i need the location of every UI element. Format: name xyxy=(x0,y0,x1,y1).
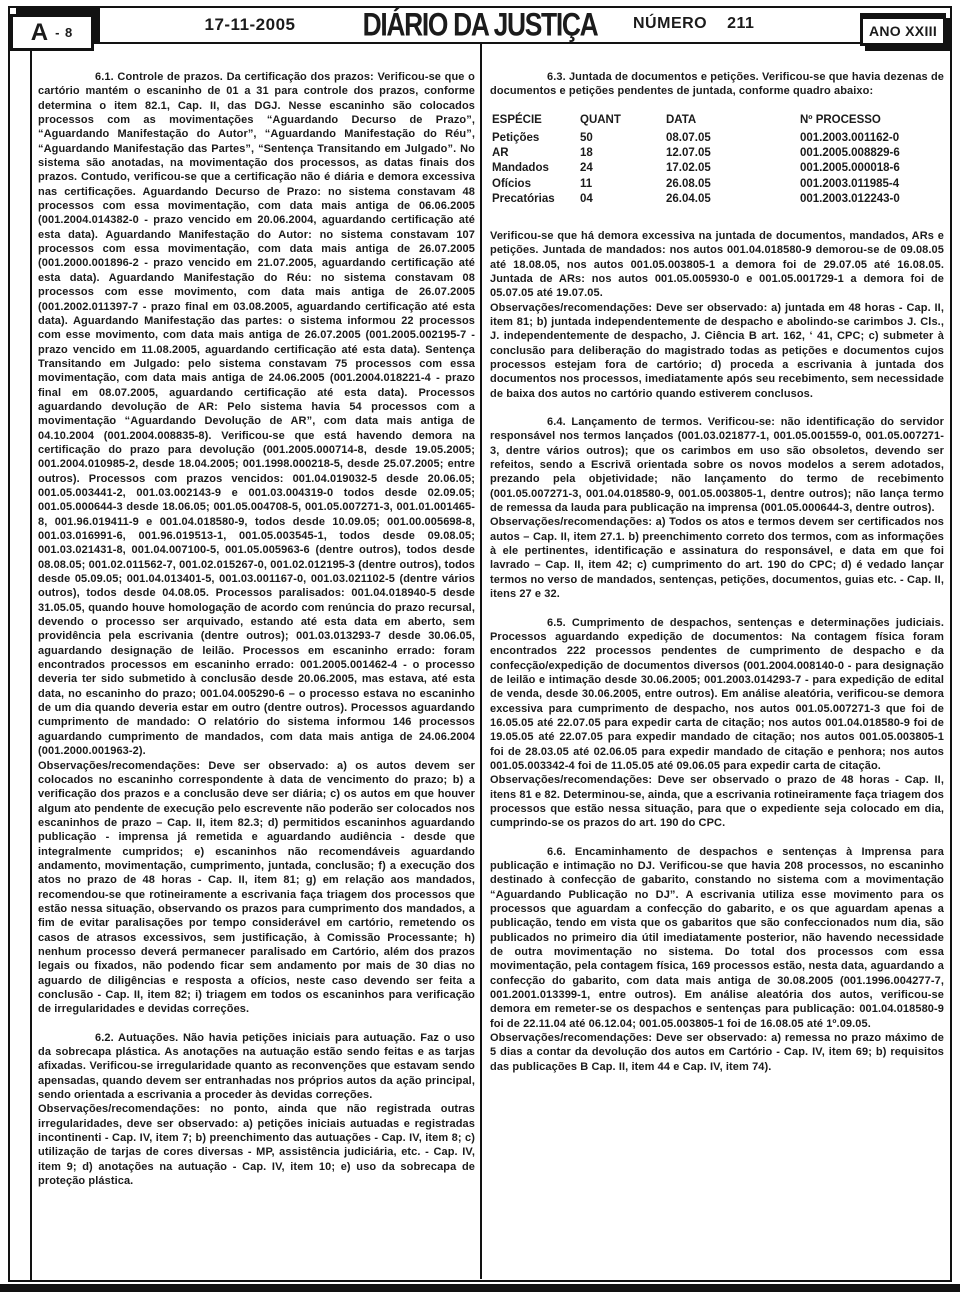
section-6-5-observations: Observações/recomendações: Deve ser obse… xyxy=(490,773,944,830)
table-cell: 08.07.05 xyxy=(666,131,800,146)
issue-number: NÚMERO211 xyxy=(633,15,754,33)
table-cell: 26.04.05 xyxy=(666,192,800,207)
page-code-number: - 8 xyxy=(55,26,73,39)
table-cell: 11 xyxy=(580,177,666,192)
table-cell: 001.2005.000018-6 xyxy=(800,161,944,176)
page-bottom-bar xyxy=(0,1284,960,1292)
section-6-1-observations: Observações/recomendações: Deve ser obse… xyxy=(38,759,475,1017)
table-cell: 001.2003.011985-4 xyxy=(800,177,944,192)
right-column: 6.3. Juntada de documentos e petições. V… xyxy=(482,44,950,1279)
table-cell: 24 xyxy=(580,161,666,176)
table-cell: 18 xyxy=(580,146,666,161)
table-cell: 17.02.05 xyxy=(666,161,800,176)
year-box: ANO XXIII xyxy=(860,13,946,46)
issue-number-label: NÚMERO xyxy=(633,15,707,32)
pending-documents-table: ESPÉCIE QUANT DATA Nº PROCESSO Petições … xyxy=(492,113,944,207)
table-cell: 12.07.05 xyxy=(666,146,800,161)
page-code-box: A - 8 xyxy=(10,14,94,51)
table-cell: 50 xyxy=(580,131,666,146)
section-6-3-paragraph: 6.3. Juntada de documentos e petições. V… xyxy=(490,70,944,99)
section-6-3-analysis: Verificou-se que há demora excessiva na … xyxy=(490,229,944,301)
issue-date: 17-11-2005 xyxy=(160,15,340,35)
section-6-2-observations: Observações/recomendações: no ponto, ain… xyxy=(38,1102,475,1188)
table-header-especie: ESPÉCIE xyxy=(492,113,580,128)
table-cell: 001.2003.012243-0 xyxy=(800,192,944,207)
table-cell: Petições xyxy=(492,131,580,146)
page-code-letter: A xyxy=(31,21,48,45)
table-header-processo: Nº PROCESSO xyxy=(800,113,944,128)
section-6-6-paragraph: 6.6. Encaminhamento de despachos e sente… xyxy=(490,845,944,1031)
issue-number-value: 211 xyxy=(727,15,754,32)
table-cell: Mandados xyxy=(492,161,580,176)
section-6-2-paragraph: 6.2. Autuações. Não havia petições inici… xyxy=(38,1031,475,1103)
page-content: 6.1. Controle de prazos. Da certificação… xyxy=(32,44,950,1279)
section-6-4-paragraph: 6.4. Lançamento de termos. Verificou-se:… xyxy=(490,415,944,515)
table-cell: 04 xyxy=(580,192,666,207)
section-6-3-observations: Observações/recomendações: Deve ser obse… xyxy=(490,301,944,401)
section-6-4-observations: Observações/recomendações: a) Todos os a… xyxy=(490,515,944,601)
table-header-data: DATA xyxy=(666,113,800,128)
section-6-6-observations: Observações/recomendações: Deve ser obse… xyxy=(490,1031,944,1074)
table-cell: 001.2005.008829-6 xyxy=(800,146,944,161)
left-column: 6.1. Controle de prazos. Da certificação… xyxy=(32,44,480,1279)
section-6-1-paragraph: 6.1. Controle de prazos. Da certificação… xyxy=(38,70,475,759)
table-header-quant: QUANT xyxy=(580,113,666,128)
table-cell: 001.2003.001162-0 xyxy=(800,131,944,146)
section-6-5-paragraph: 6.5. Cumprimento de despachos, sentenças… xyxy=(490,616,944,774)
table-cell: Ofícios xyxy=(492,177,580,192)
table-cell: Precatórias xyxy=(492,192,580,207)
gazette-page: A - 8 DIÁRIO DA JUSTIÇA 17-11-2005 NÚMER… xyxy=(0,0,960,1293)
table-cell: AR xyxy=(492,146,580,161)
table-cell: 26.08.05 xyxy=(666,177,800,192)
